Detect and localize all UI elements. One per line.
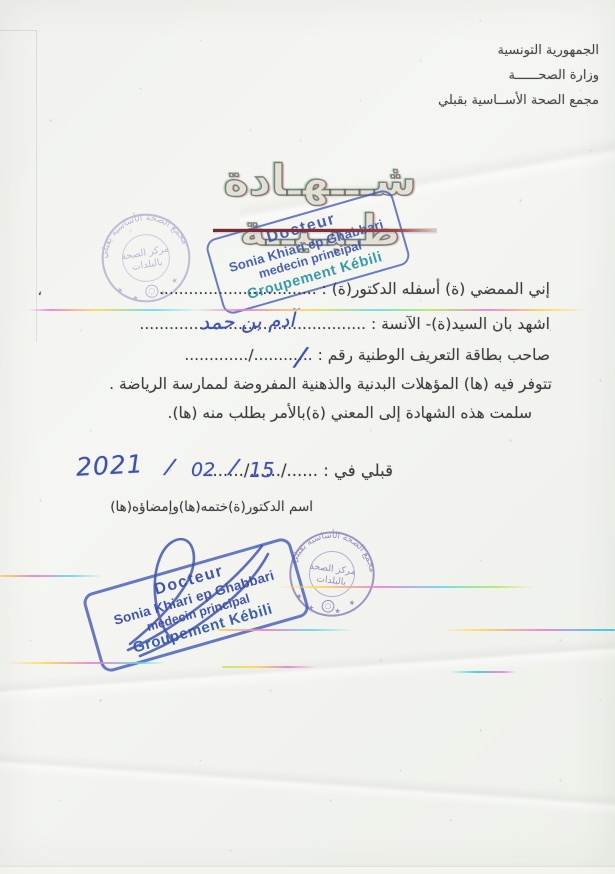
doctor-name-stamp-caption: اسم الدكتور(ة)ختمه(ها)وإمضاؤه(ها): [110, 499, 313, 515]
scan-artifact-line: [222, 666, 317, 668]
body-line-undersigned-doctor: إني الممضي (ة) أسفله الدكتور(ة) : ......…: [159, 280, 550, 298]
star-icon: ★: [116, 285, 124, 295]
handwritten-month: 02: [191, 459, 215, 481]
paper-crease: [0, 742, 615, 822]
paper-crease: [0, 626, 615, 718]
document-header: الجمهورية التونسية وزارة الصحــــــة مجم…: [438, 38, 599, 113]
header-line-health-group: مجمع الصحة الأســاسية بقبلي: [438, 88, 599, 113]
body-line-delivery-statement: سلمت هذه الشهادة إلى المعني (ة)بالأمر بط…: [168, 404, 532, 422]
date-label: قبلي في :: [323, 461, 393, 480]
scan-bottom-edge: [0, 867, 615, 874]
handwritten-year: 2021: [75, 449, 144, 481]
star-icon: ★: [348, 598, 355, 608]
handwritten-day: 15: [249, 458, 274, 482]
scan-artifact-line: [0, 575, 103, 577]
header-line-republic: الجمهورية التونسية: [438, 38, 599, 63]
star-icon: ★: [131, 293, 139, 303]
scan-artifact-line: [218, 629, 615, 631]
body-line-national-id: صاحب بطاقة التعريف الوطنية رقم : .......…: [184, 346, 550, 364]
scan-artifact-line: [450, 671, 516, 673]
scan-artifact-line: [5, 662, 165, 664]
stray-mark: ،: [37, 283, 42, 299]
title-underline: [213, 229, 437, 232]
handwritten-person-name: آدم بن حمد: [200, 308, 295, 334]
doctor-signature: [110, 528, 280, 668]
body-line-fitness-statement: تتوفر فيه (ها) المؤهلات البدنية والذهنية…: [109, 375, 552, 393]
scan-artifact-line: [277, 586, 535, 588]
scanned-medical-certificate: الجمهورية التونسية وزارة الصحــــــة مجم…: [0, 0, 615, 874]
round-health-stamp-top: مجمع الصحة الأساسية بقبلي مركز الصحة بال…: [86, 198, 206, 318]
header-line-ministry: وزارة الصحــــــة: [438, 63, 599, 88]
scan-artifact-line: [28, 309, 590, 311]
handwritten-slash: /: [164, 455, 176, 481]
star-icon: ★: [334, 606, 341, 616]
paper-edge-horizontal: [0, 30, 37, 31]
scan-noise-speckles: [0, 0, 1, 1]
